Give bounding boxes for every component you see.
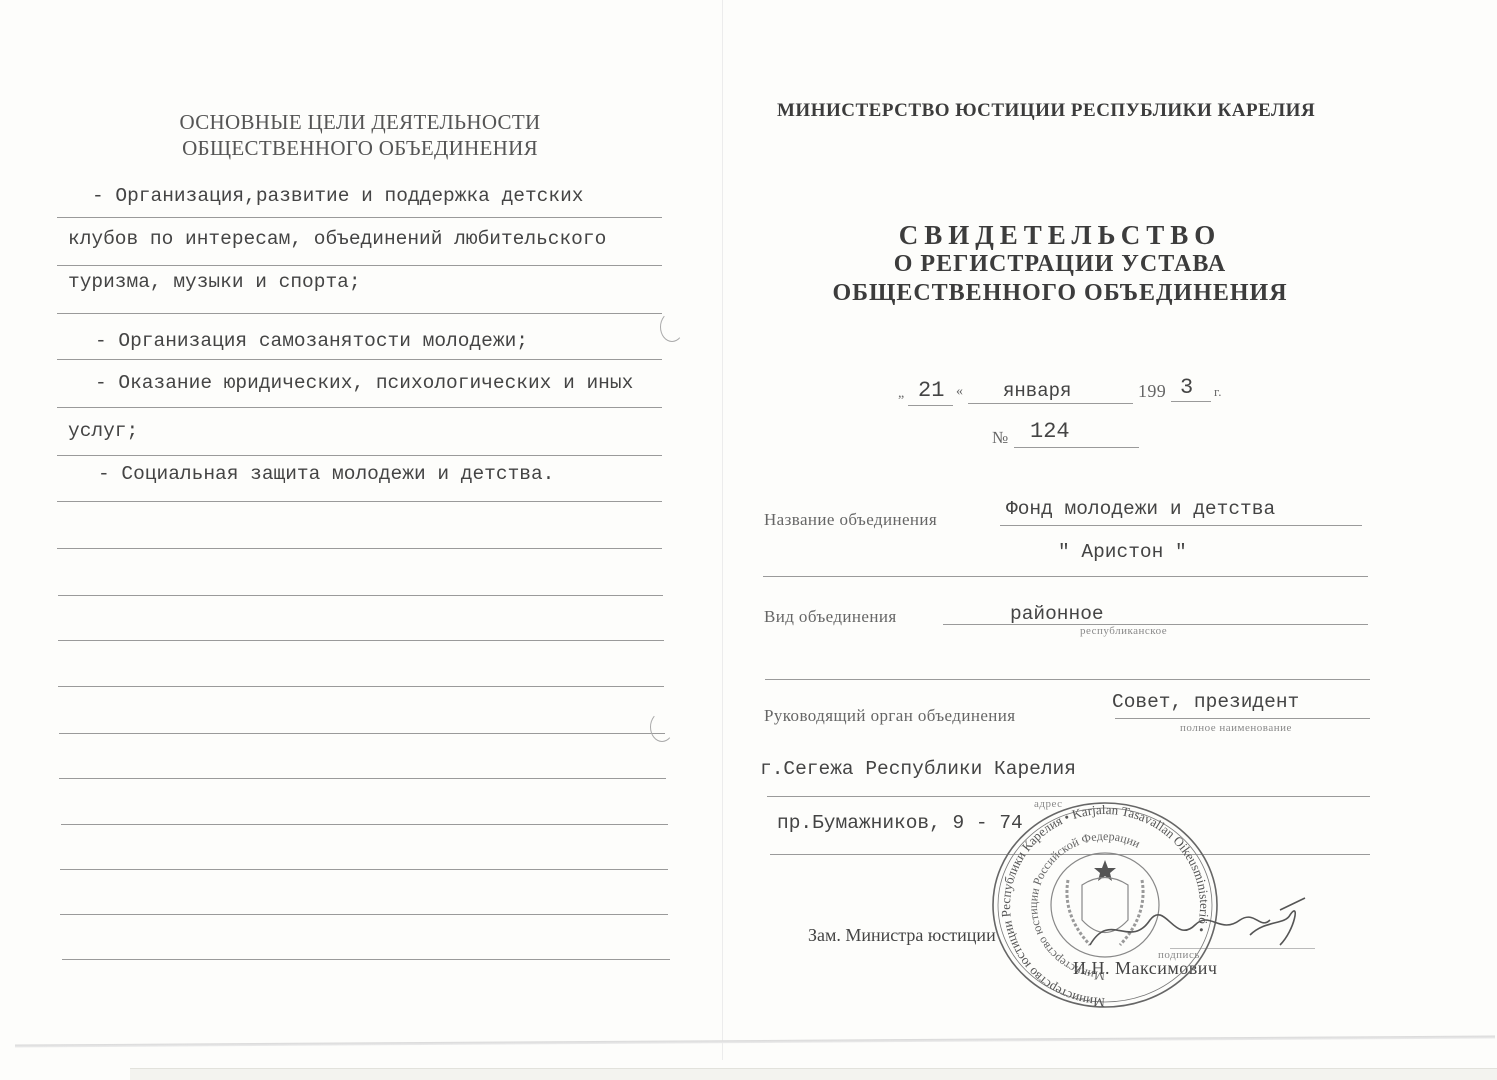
page-edge	[15, 1035, 1495, 1047]
goal-line: туризма, музыки и спорта;	[68, 271, 361, 293]
left-heading-line2: ОБЩЕСТВЕННОГО ОБЪЕДИНЕНИЯ	[100, 136, 620, 161]
form-rule	[767, 796, 1370, 797]
goal-line: - Социальная защита молодежи и детства.	[98, 463, 554, 485]
scan-border	[130, 1068, 1497, 1080]
punch-hole-mark	[650, 712, 674, 742]
punch-hole-mark	[660, 312, 684, 342]
goal-line: клубов по интересам, объединений любител…	[68, 228, 606, 250]
name-label: Название объединения	[764, 510, 937, 530]
form-rule	[57, 455, 662, 456]
form-rule	[1171, 401, 1211, 402]
date-day: 21	[918, 378, 944, 403]
association-name-line2: " Аристон "	[1058, 541, 1187, 563]
date-close-quote: «	[956, 384, 963, 400]
form-rule	[58, 640, 664, 641]
form-rule	[58, 686, 664, 687]
governing-hint: полное наименование	[1180, 722, 1292, 734]
form-rule	[58, 595, 663, 596]
signature-scribble	[1080, 890, 1320, 960]
address-line2: пр.Бумажников, 9 - 74	[777, 812, 1023, 834]
certificate-title: СВИДЕТЕЛЬСТВО	[760, 220, 1360, 251]
form-rule	[61, 824, 668, 825]
page-fold	[722, 0, 723, 1060]
date-open-quote: „	[898, 386, 905, 402]
goal-line: - Организация,развитие и поддержка детск…	[92, 185, 583, 207]
form-rule	[57, 359, 662, 360]
type-label: Вид объединения	[764, 607, 897, 627]
association-name-line1: Фонд молодежи и детства	[1006, 498, 1275, 520]
form-rule	[763, 576, 1368, 577]
certificate-subtitle-1: О РЕГИСТРАЦИИ УСТАВА	[760, 251, 1360, 278]
governing-body: Совет, президент	[1112, 691, 1299, 713]
goal-line: - Оказание юридических, психологических …	[95, 372, 633, 394]
form-rule	[57, 313, 662, 314]
form-rule	[1115, 718, 1370, 719]
form-rule	[1014, 447, 1139, 448]
form-rule	[57, 407, 662, 408]
form-rule	[908, 405, 953, 406]
number-label: №	[992, 428, 1009, 448]
type-hint: республиканское	[1080, 625, 1167, 637]
governing-label: Руководящий орган объединения	[764, 706, 1015, 726]
form-rule	[57, 548, 662, 549]
form-rule	[968, 403, 1133, 404]
form-rule	[57, 501, 662, 502]
left-heading-line1: ОСНОВНЫЕ ЦЕЛИ ДЕЯТЕЛЬНОСТИ	[100, 110, 620, 135]
goal-line: - Организация самозанятости молодежи;	[95, 330, 528, 352]
form-rule	[60, 914, 668, 915]
document-scan: ОСНОВНЫЕ ЦЕЛИ ДЕЯТЕЛЬНОСТИ ОБЩЕСТВЕННОГО…	[0, 0, 1497, 1080]
ministry-header: МИНИСТЕРСТВО ЮСТИЦИИ РЕСПУБЛИКИ КАРЕЛИЯ	[777, 100, 1315, 122]
form-rule	[57, 217, 662, 218]
date-month: января	[1003, 380, 1071, 402]
certificate-subtitle-2: ОБЩЕСТВЕННОГО ОБЪЕДИНЕНИЯ	[760, 280, 1360, 307]
goal-line: услуг;	[68, 420, 138, 442]
form-rule	[62, 959, 670, 960]
form-rule	[57, 265, 662, 266]
date-year-unit: г.	[1214, 384, 1222, 400]
signer-title: Зам. Министра юстиции	[808, 925, 996, 946]
form-rule	[765, 679, 1370, 680]
form-rule	[60, 869, 668, 870]
form-rule	[1000, 525, 1362, 526]
date-year-suffix: 3	[1180, 375, 1193, 400]
form-rule	[59, 733, 665, 734]
date-year-prefix: 199	[1138, 381, 1166, 402]
registration-number: 124	[1030, 419, 1070, 444]
association-type: районное	[1010, 603, 1104, 625]
form-rule	[59, 778, 666, 779]
address-line1: г.Сегежа Республики Карелия	[760, 758, 1076, 780]
